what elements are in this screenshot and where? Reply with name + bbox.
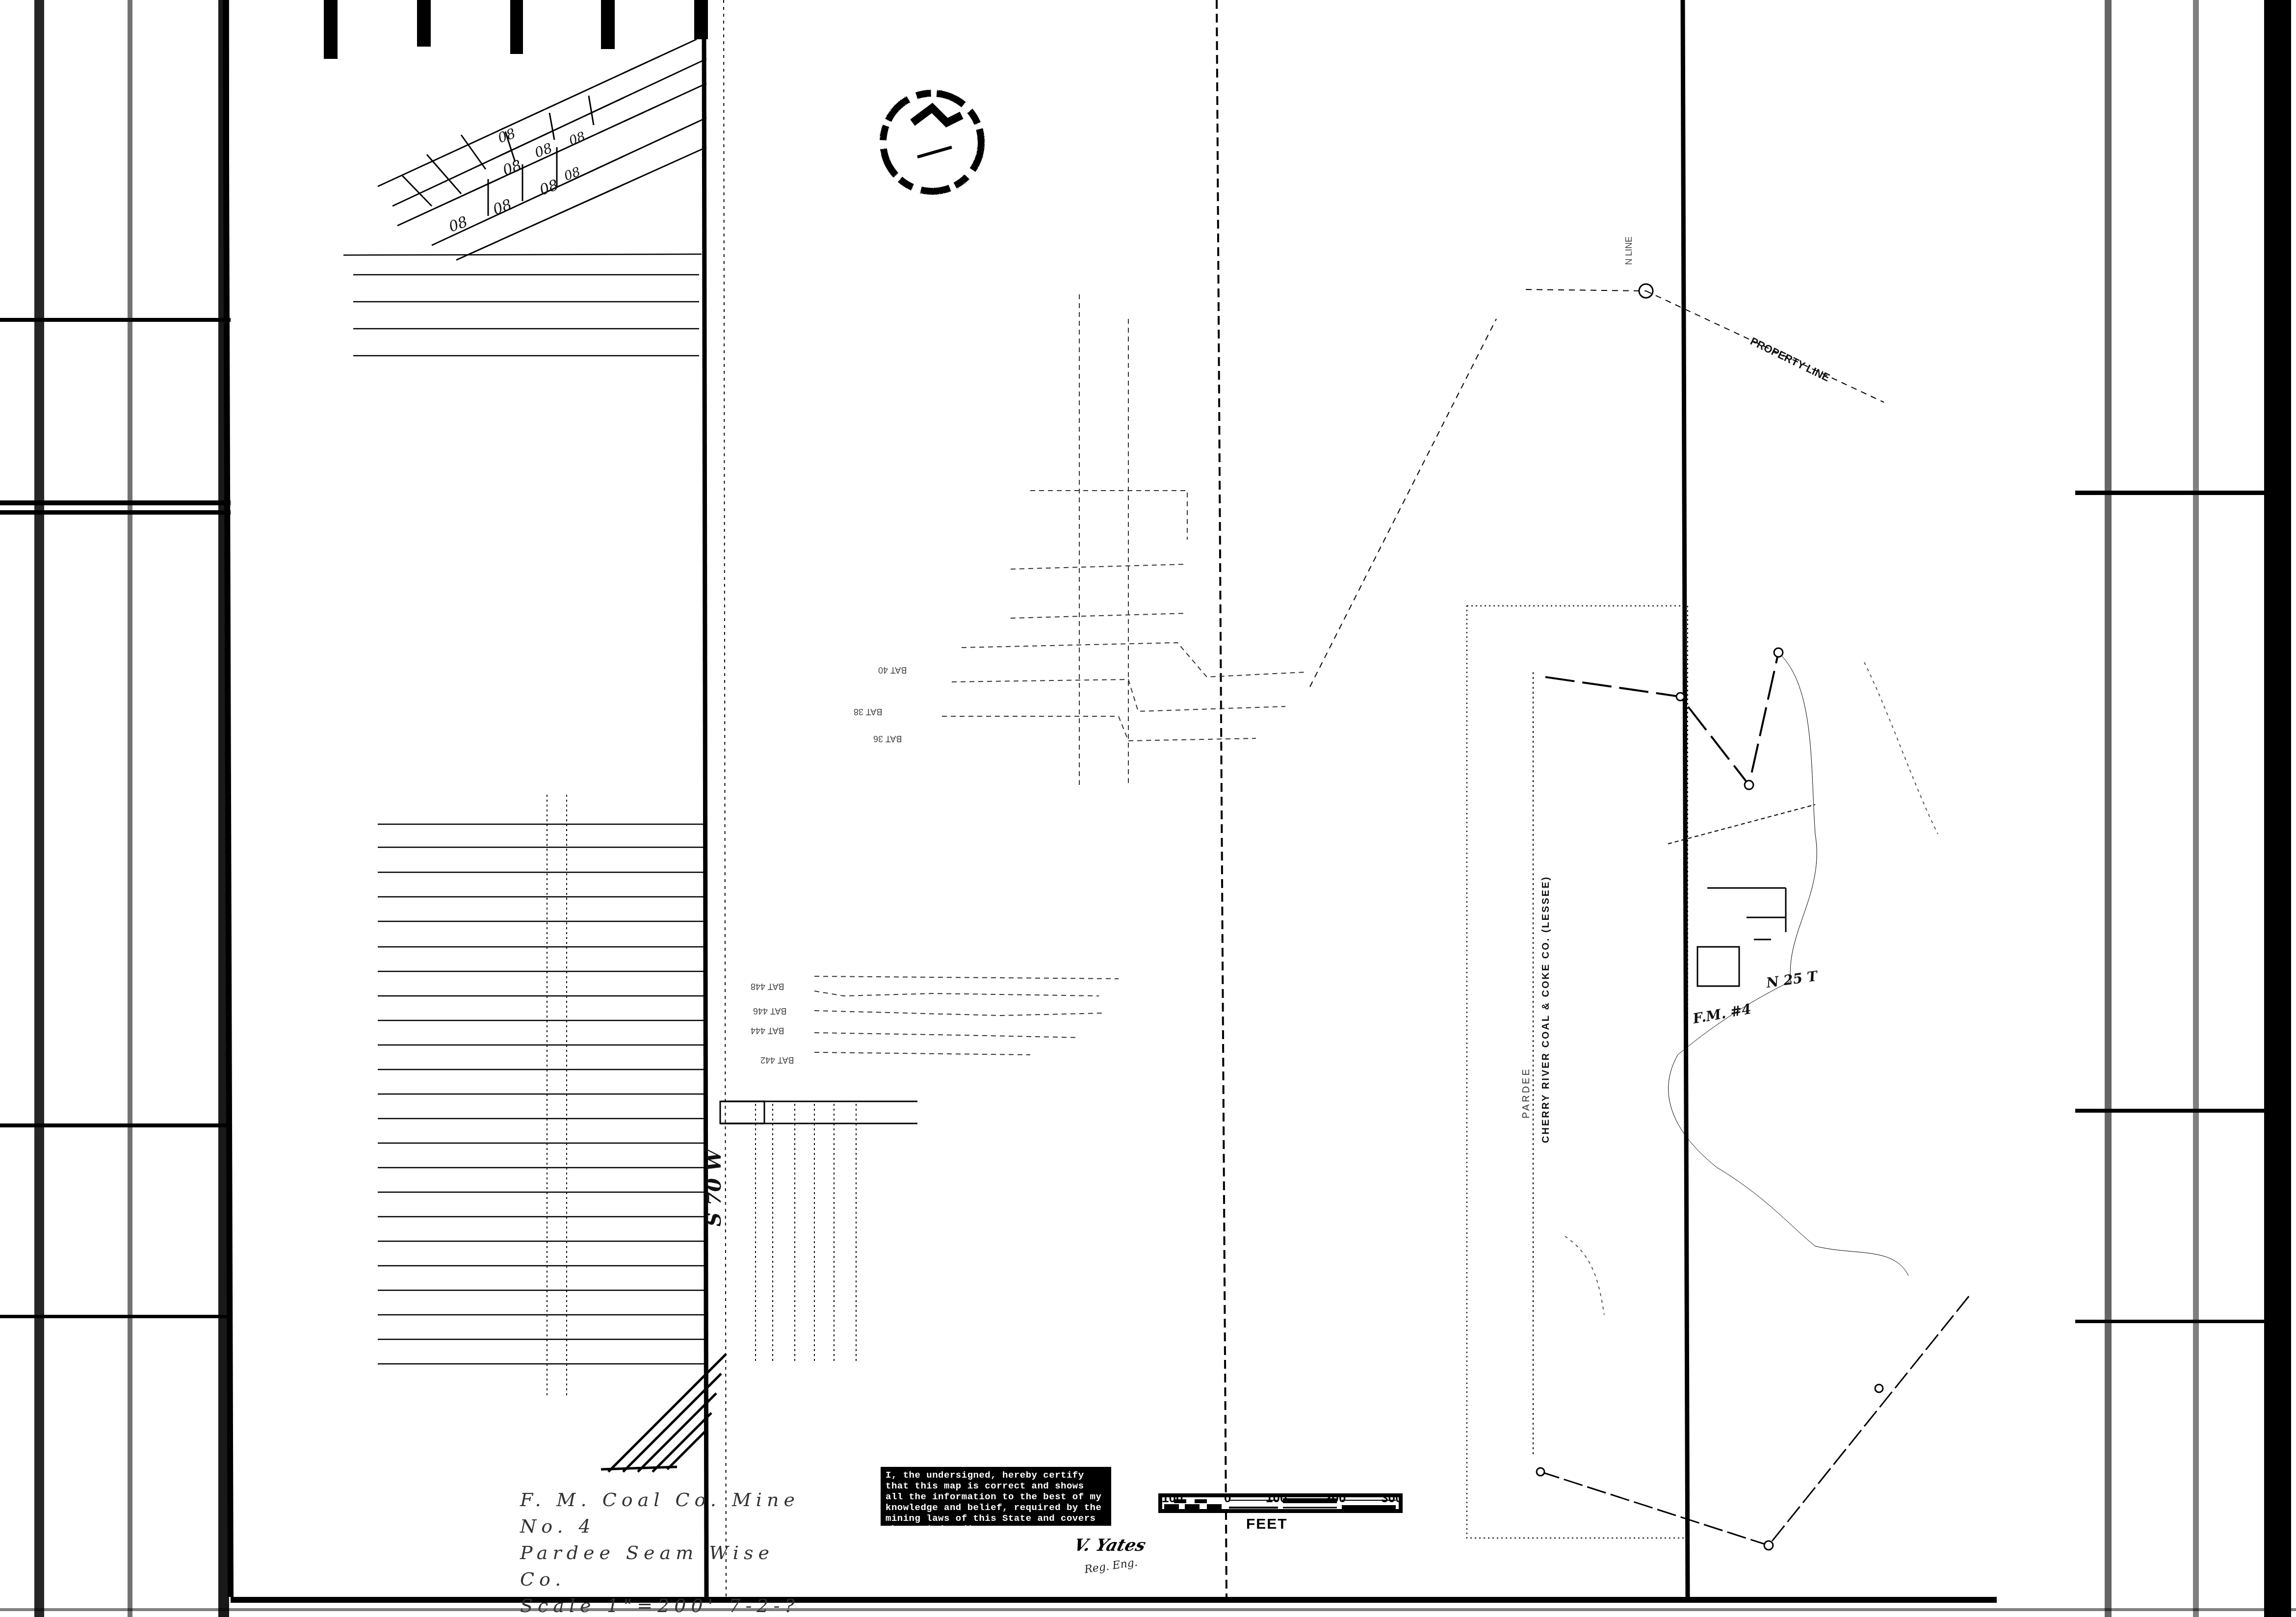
scanned-map-sheet: 08 08 08 08 08 08 08 08 S 70 W BAT 40 BA… bbox=[0, 0, 2296, 1617]
battery-label: BAT 40 bbox=[878, 665, 907, 675]
scale-tick-label: 200 bbox=[1325, 1490, 1346, 1506]
entries-lower-left bbox=[378, 824, 706, 1364]
engineer-signature: V. Yates bbox=[1072, 1536, 1148, 1555]
battery-label: BAT 446 bbox=[753, 1006, 786, 1016]
title-block: F. M. Coal Co. Mine No. 4 Pardee Seam Wi… bbox=[520, 1487, 824, 1617]
scale-tick-label: 100 bbox=[1266, 1490, 1287, 1506]
scale-tick-label: 100 bbox=[1162, 1490, 1183, 1506]
battery-label: BAT 36 bbox=[873, 733, 902, 744]
scale-tick-label: 300 bbox=[1381, 1490, 1402, 1506]
workings-horizontals-top bbox=[343, 254, 702, 356]
north-line-label: N LINE bbox=[1624, 236, 1634, 265]
scan-edge-artifacts bbox=[0, 0, 2296, 1617]
title-line-1: F. M. Coal Co. Mine No. 4 bbox=[520, 1487, 824, 1539]
right-workings bbox=[1697, 888, 1786, 986]
bearing-label: S 70 W bbox=[703, 1149, 726, 1226]
battery-label: BAT 444 bbox=[751, 1025, 784, 1036]
battery-label: BAT 448 bbox=[751, 981, 784, 991]
battery-label: BAT 442 bbox=[760, 1055, 794, 1065]
seal-stamp-icon bbox=[883, 93, 981, 191]
scale-unit: FEET bbox=[1246, 1516, 1288, 1533]
battery-label: BAT 38 bbox=[854, 706, 882, 717]
map-drawing bbox=[0, 0, 2296, 1617]
scale-tick-label: 0 bbox=[1224, 1490, 1231, 1506]
certification-block: I, the undersigned, hereby certify that … bbox=[881, 1467, 1111, 1526]
north-line bbox=[1310, 289, 1884, 687]
owner-label: CHERRY RIVER COAL & COKE CO. (LESSEE) bbox=[1540, 876, 1552, 1143]
title-line-3: Scale 1"=200' 7-2-? bbox=[520, 1592, 824, 1617]
entries-verticals bbox=[547, 795, 856, 1398]
lessor-label: PARDEE bbox=[1521, 1067, 1532, 1119]
survey-points-right bbox=[1537, 648, 1883, 1550]
title-line-2: Pardee Seam Wise Co. bbox=[520, 1539, 824, 1592]
